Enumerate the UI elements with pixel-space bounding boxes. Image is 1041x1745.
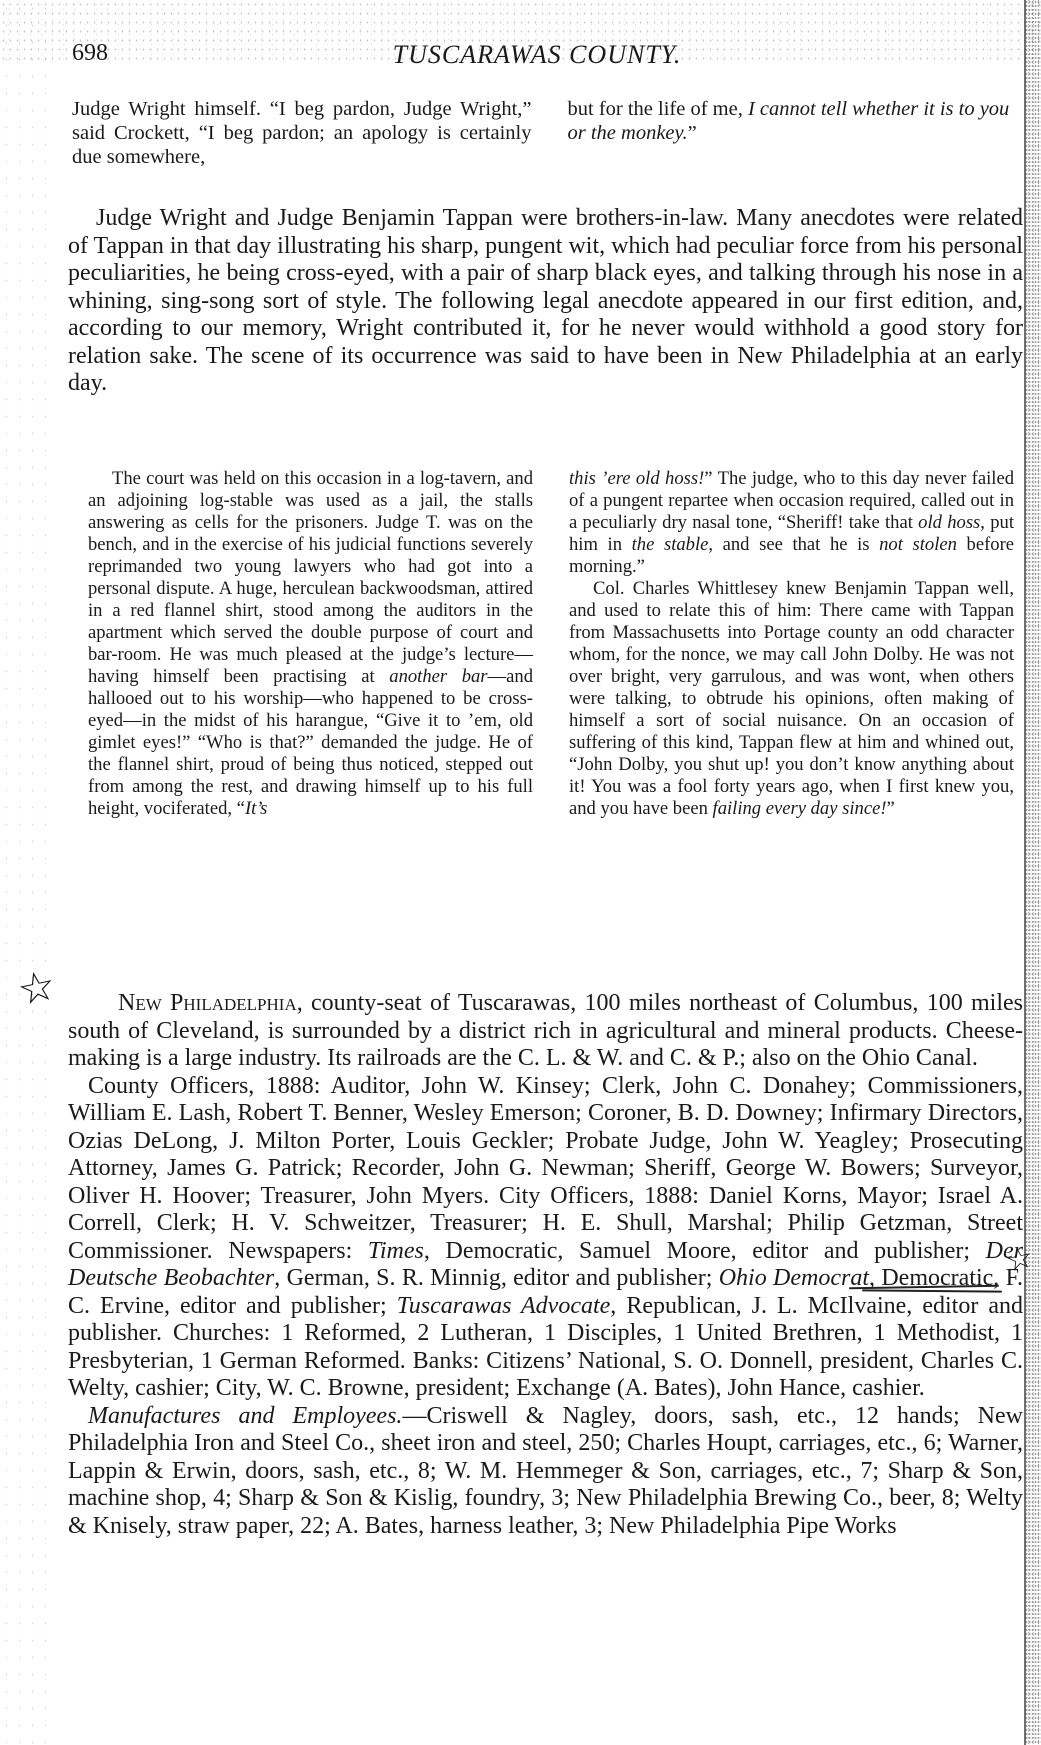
page-title: TUSCARAWAS COUNTY. [72,40,1002,70]
italic-run: It’s [245,798,267,819]
continued-columns: Judge Wright himself. “I beg pardon, Jud… [72,97,1027,169]
section-heading: New Philadelphia [118,990,297,1016]
subheading: Manufactures and Employees. [88,1403,402,1429]
italic-run: old hoss [918,512,980,533]
continued-right-close: ” [688,122,697,144]
page-gutter [1025,0,1041,1745]
continued-left-text: Judge Wright himself. “I beg pardon, Jud… [72,98,532,168]
officers-paragraph: County Officers, 1888: Auditor, John W. … [68,1073,1023,1403]
anecdote-left-column: The court was held on this occasion in a… [88,468,533,820]
intro-paragraph: Judge Wright and Judge Benjamin Tappan w… [68,205,1023,398]
page-edge-line [1024,0,1026,1745]
new-philadelphia-section: New Philadelphia, county-seat of Tuscara… [68,990,1023,1540]
text-run: , and see that he is [708,534,879,555]
text-run: —and hallooed out to his worship—who hap… [88,666,533,819]
anecdote-paragraph-1-cont: this ’ere old hoss!” The judge, who to t… [569,468,1014,578]
running-head: 698 TUSCARAWAS COUNTY. [72,40,1002,74]
italic-run: failing every day since! [713,798,887,819]
newspaper-title: Times [368,1238,424,1264]
anecdote-paragraph-2: Col. Charles Whittlesey knew Benjamin Ta… [569,578,1014,820]
text-run: ” [887,798,895,819]
anecdote-right-column: this ’ere old hoss!” The judge, who to t… [569,468,1014,820]
anecdote-columns: The court was held on this occasion in a… [88,468,1023,820]
italic-run: the stable [632,534,709,555]
newspaper-title: Ohio Democrat [719,1265,869,1291]
italic-run: not stolen [879,534,957,555]
continued-right-text: but for the life of me, [568,98,748,120]
text-run: County Officers, 1888: Auditor, John W. … [68,1073,1023,1264]
intro-text: Judge Wright and Judge Benjamin Tappan w… [68,205,1023,398]
text-run: Col. Charles Whittlesey knew Benjamin Ta… [569,578,1014,819]
text-run: , German, S. R. Minnig, editor and publi… [274,1265,718,1291]
scan-noise-left [0,0,50,1745]
manufactures-paragraph: Manufactures and Employees.—Criswell & N… [68,1403,1023,1541]
handwritten-star-icon: ☆ [14,965,60,1014]
continued-left-column: Judge Wright himself. “I beg pardon, Jud… [72,97,532,169]
anecdote-paragraph-1: The court was held on this occasion in a… [88,468,533,820]
new-philadelphia-intro: New Philadelphia, county-seat of Tuscara… [68,990,1023,1073]
newspaper-title: Tuscarawas Advocate [397,1293,611,1319]
continued-right-column: but for the life of me, I cannot tell wh… [568,97,1028,169]
text-run: , Democratic, Samuel Moore, editor and p… [424,1238,986,1264]
italic-run: this ’ere old hoss! [569,468,704,489]
text-run: The court was held on this occasion in a… [88,468,533,687]
italic-run: another bar [389,666,487,687]
